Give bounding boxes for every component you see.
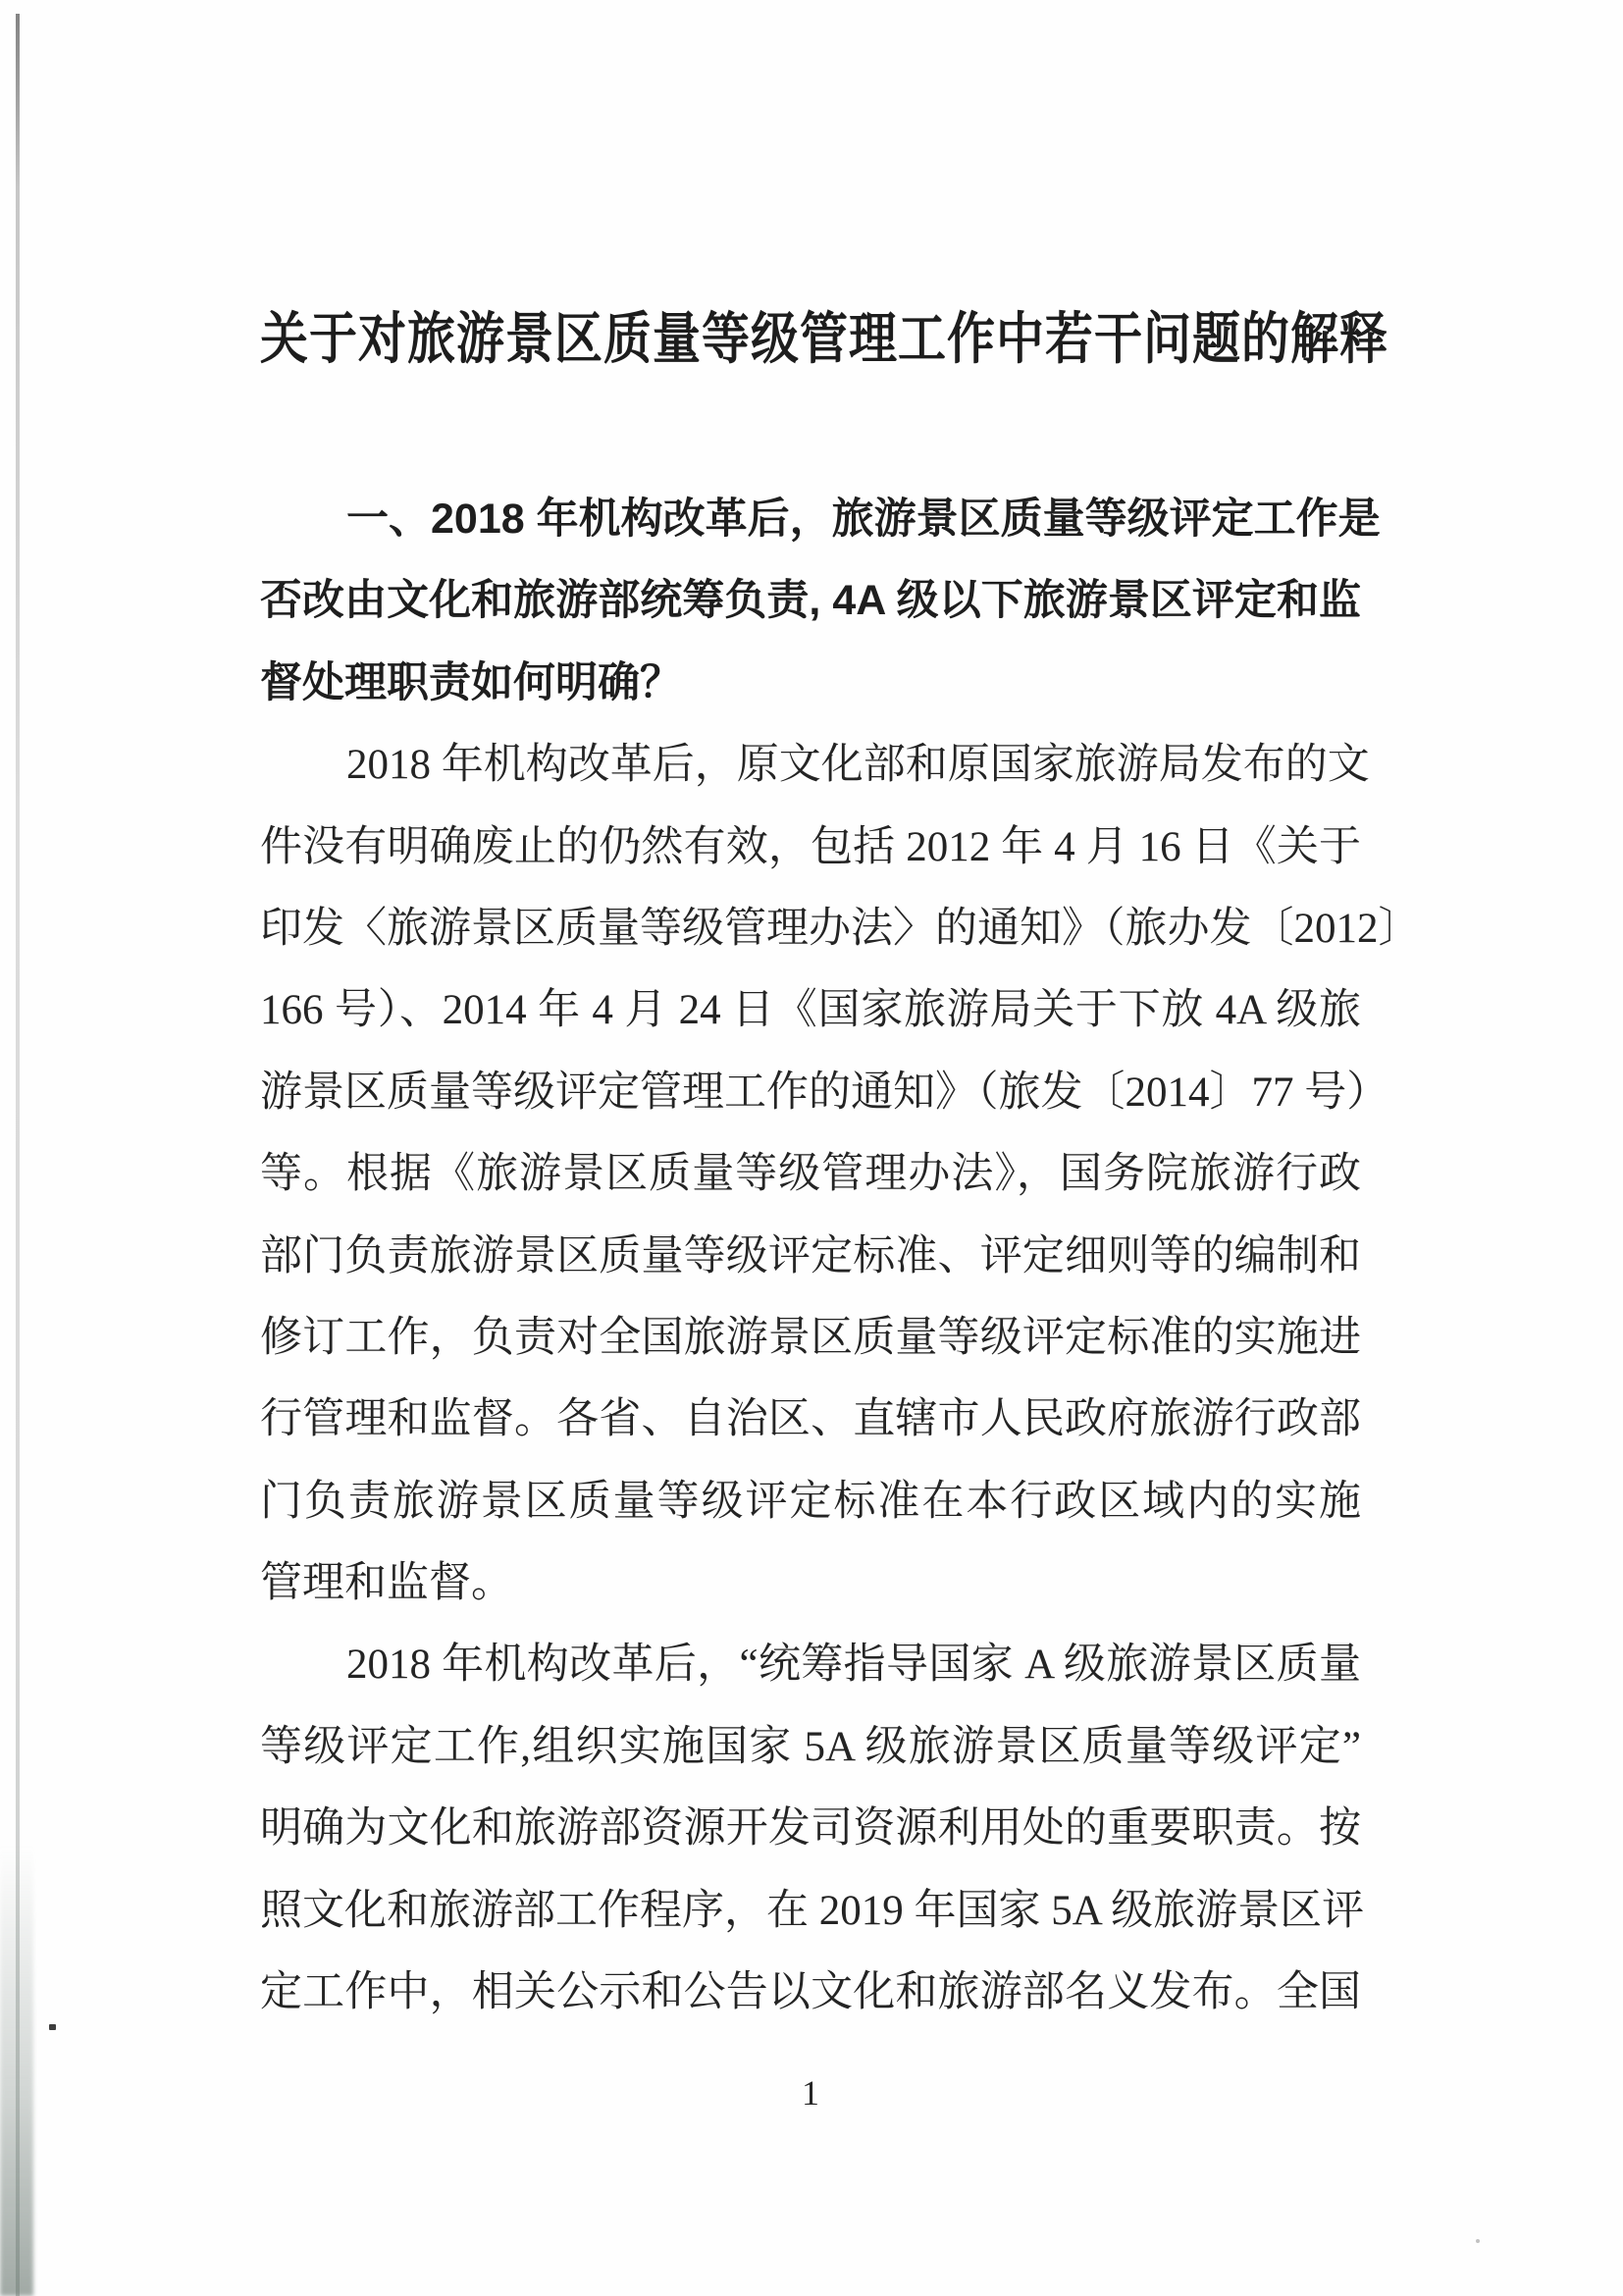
- body-line: 部门负责旅游景区质量等级评定标准、评定细则等的编制和: [260, 1216, 1361, 1297]
- body-line: 等级评定工作,组织实施国家 5A 级旅游景区质量等级评定”: [260, 1706, 1361, 1788]
- scan-artifact-speck: [49, 2024, 56, 2030]
- scan-artifact-bottom-band: [0, 1845, 33, 2296]
- question-line: 否改由文化和旅游部统筹负责, 4A 级以下旅游景区评定和监: [260, 560, 1361, 642]
- body-line: 行管理和监督。各省、自治区、直辖市人民政府旅游行政部: [260, 1379, 1361, 1460]
- document-page: 关于对旅游景区质量等级管理工作中若干问题的解释 一、2018 年机构改革后，旅游…: [0, 0, 1623, 2296]
- body-line: 管理和监督。: [260, 1542, 1361, 1624]
- body-line: 门负责旅游景区质量等级评定标准在本行政区域内的实施: [260, 1461, 1361, 1542]
- document-title: 关于对旅游景区质量等级管理工作中若干问题的解释: [260, 283, 1361, 396]
- document-body: 一、2018 年机构改革后，旅游景区质量等级评定工作是 否改由文化和旅游部统筹负…: [260, 479, 1361, 2033]
- body-line: 定工作中，相关公示和公告以文化和旅游部名义发布。全国: [260, 1952, 1361, 2033]
- body-line: 印发〈旅游景区质量等级管理办法〉的通知》（旅办发〔2012〕: [260, 888, 1361, 969]
- question-line: 督处理职责如何明确？: [260, 643, 1361, 724]
- body-line: 修订工作，负责对全国旅游景区质量等级评定标准的实施进: [260, 1297, 1361, 1379]
- body-line: 166 号）、2014 年 4 月 24 日《国家旅游局关于下放 4A 级旅: [260, 969, 1361, 1051]
- question-line: 一、2018 年机构改革后，旅游景区质量等级评定工作是: [260, 479, 1361, 560]
- body-line: 2018 年机构改革后，原文化部和原国家旅游局发布的文: [260, 724, 1361, 806]
- scan-artifact-speck-faint: [1476, 2239, 1480, 2243]
- body-line: 游景区质量等级评定管理工作的通知》（旅发〔2014〕77 号）: [260, 1052, 1361, 1133]
- body-line: 明确为文化和旅游部资源开发司资源利用处的重要职责。按: [260, 1788, 1361, 1869]
- body-line: 件没有明确废止的仍然有效，包括 2012 年 4 月 16 日《关于: [260, 807, 1361, 888]
- body-line: 照文化和旅游部工作程序，在 2019 年国家 5A 级旅游景区评: [260, 1870, 1361, 1952]
- page-number: 1: [260, 2068, 1361, 2117]
- body-line: 2018 年机构改革后，“统筹指导国家 A 级旅游景区质量: [260, 1624, 1361, 1705]
- body-line: 等。根据《旅游景区质量等级管理办法》，国务院旅游行政: [260, 1133, 1361, 1215]
